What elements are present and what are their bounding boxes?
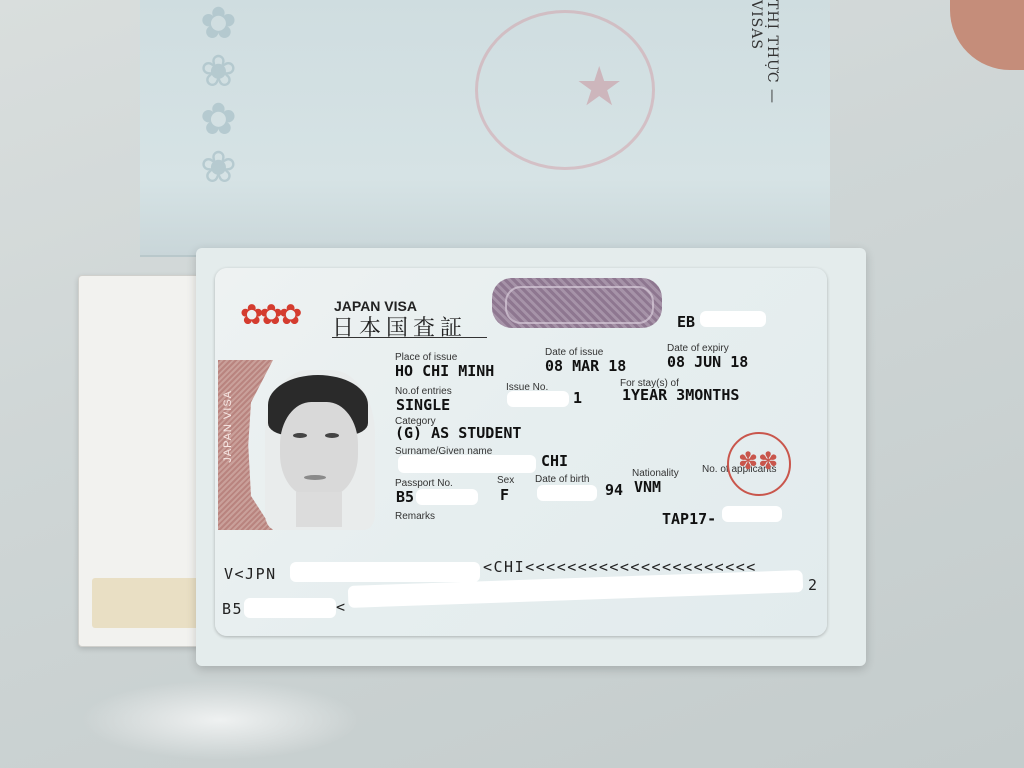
remarks-label: Remarks xyxy=(395,511,435,522)
photo-eye-right xyxy=(325,433,339,438)
stay-value: 1YEAR 3MONTHS xyxy=(622,386,739,404)
photo-eye-left xyxy=(293,433,307,438)
category-value: (G) AS STUDENT xyxy=(395,424,521,442)
redacted-reference xyxy=(722,506,782,522)
redacted-mrz-name xyxy=(290,562,480,582)
photo-face xyxy=(280,402,358,497)
date-of-issue-value: 08 MAR 18 xyxy=(545,357,626,375)
page-heading-visas: THỊ THỰC — VISAS xyxy=(720,0,780,150)
star-icon: ★ xyxy=(575,55,623,118)
reference-prefix: TAP17- xyxy=(662,510,716,528)
entries-value: SINGLE xyxy=(396,396,450,414)
place-of-issue-value: HO CHI MINH xyxy=(395,362,494,380)
mrz-line1-end: 2 xyxy=(808,576,819,594)
date-of-expiry-value: 08 JUN 18 xyxy=(667,353,748,371)
redacted-issue-no xyxy=(507,391,569,407)
redacted-dob xyxy=(537,485,597,501)
redacted-name xyxy=(398,455,536,473)
beige-insert xyxy=(92,578,202,628)
visa-number-prefix: EB xyxy=(677,313,695,331)
dob-label: Date of birth xyxy=(535,474,589,485)
national-emblem-watermark xyxy=(475,10,655,170)
title-underline xyxy=(332,337,487,338)
nationality-value: VNM xyxy=(634,478,661,496)
side-strip-text: JAPAN VISA xyxy=(222,390,234,463)
mrz-line2-prefix: B5 xyxy=(222,600,243,618)
given-name-value: CHI xyxy=(541,452,568,470)
sex-label: Sex xyxy=(497,475,514,486)
redacted-passport-no xyxy=(416,489,478,505)
issue-no-suffix: 1 xyxy=(573,389,582,407)
floral-watermark: ✿❀✿❀ xyxy=(200,0,290,190)
photo-mouth xyxy=(304,475,326,480)
photo-neck xyxy=(296,492,342,527)
light-glare xyxy=(80,680,360,760)
finger xyxy=(950,0,1024,70)
dob-suffix: 94 xyxy=(605,481,623,499)
redacted-visa-number xyxy=(700,311,766,327)
paulownia-crest-icon: ✽✽ xyxy=(738,447,778,476)
sakura-logo-icon: ✿✿✿ xyxy=(240,298,298,331)
redacted-mrz-passport xyxy=(244,598,336,618)
passport-no-prefix: B5 xyxy=(396,488,414,506)
guilloche-pattern xyxy=(505,286,654,324)
sex-value: F xyxy=(500,486,509,504)
mrz-line1-prefix: V<JPN xyxy=(224,565,277,583)
mrz-line2-mid: < xyxy=(336,598,347,616)
